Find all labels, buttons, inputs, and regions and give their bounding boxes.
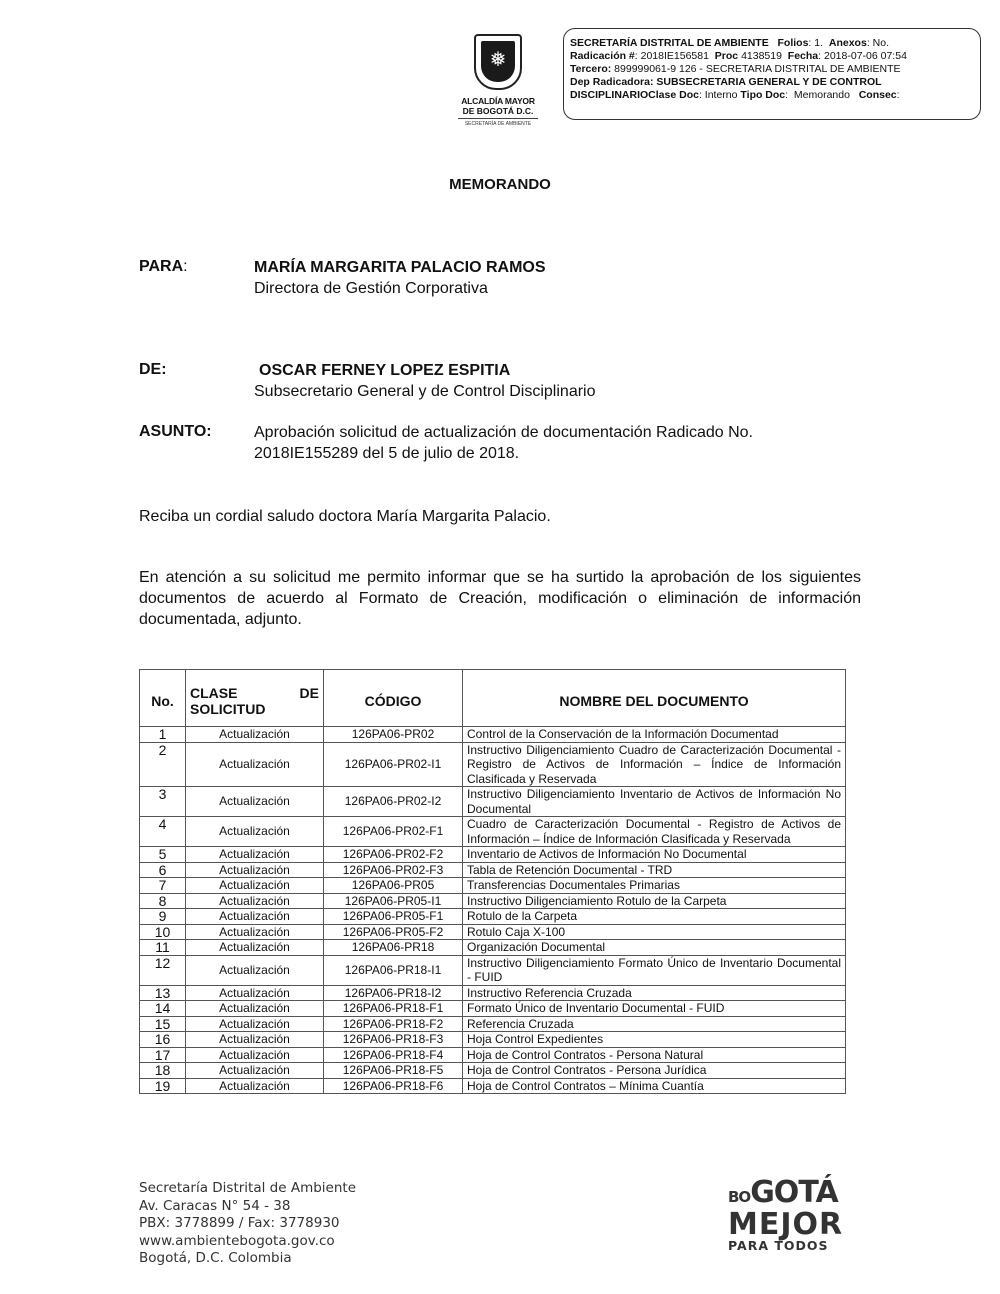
cell-codigo: 126PA06-PR05-F1 xyxy=(324,909,463,925)
cell-nombre: Hoja Control Expedientes xyxy=(463,1032,846,1048)
cell-clase: Actualización xyxy=(186,847,324,863)
cell-nombre: Organización Documental xyxy=(463,940,846,956)
tipo-label: Tipo Doc xyxy=(740,89,785,101)
cell-clase: Actualización xyxy=(186,1001,324,1017)
header-nombre: NOMBRE DEL DOCUMENTO xyxy=(463,670,846,727)
cell-clase: Actualización xyxy=(186,1063,324,1079)
table-row: 8Actualización126PA06-PR05-I1Instructivo… xyxy=(140,893,846,909)
cell-clase: Actualización xyxy=(186,1047,324,1063)
cell-clase: Actualización xyxy=(186,817,324,847)
cell-clase: Actualización xyxy=(186,878,324,894)
table-row: 14Actualización126PA06-PR18-F1Formato Ún… xyxy=(140,1001,846,1017)
cell-no: 2 xyxy=(140,742,186,787)
cell-clase: Actualización xyxy=(186,924,324,940)
footer-line: Secretaría Distrital de Ambiente xyxy=(139,1180,356,1198)
table-row: 1Actualización126PA06-PR02Control de la … xyxy=(140,727,846,743)
cell-nombre: Rotulo Caja X-100 xyxy=(463,924,846,940)
cell-nombre: Instructivo Diligenciamiento Formato Úni… xyxy=(463,955,846,985)
cell-no: 18 xyxy=(140,1063,186,1079)
cell-nombre: Rotulo de la Carpeta xyxy=(463,909,846,925)
cell-no: 11 xyxy=(140,940,186,956)
cell-nombre: Hoja de Control Contratos - Persona Natu… xyxy=(463,1047,846,1063)
cell-no: 13 xyxy=(140,985,186,1001)
footer-line: PBX: 3778899 / Fax: 3778930 xyxy=(139,1215,356,1233)
radicacion-label: Radicación # xyxy=(570,50,635,62)
header-clase: CLASEDESOLICITUD xyxy=(186,670,324,727)
para-role: Directora de Gestión Corporativa xyxy=(254,280,488,297)
cell-codigo: 126PA06-PR02-F3 xyxy=(324,862,463,878)
header-no: No. xyxy=(140,670,186,727)
table-header-row: No. CLASEDESOLICITUD CÓDIGO NOMBRE DEL D… xyxy=(140,670,846,727)
cell-no: 19 xyxy=(140,1078,186,1094)
cell-codigo: 126PA06-PR18-F1 xyxy=(324,1001,463,1017)
footer-website: www.ambientebogota.gov.co xyxy=(139,1233,356,1251)
table-row: 4Actualización126PA06-PR02-F1Cuadro de C… xyxy=(140,817,846,847)
table-row: 18Actualización126PA06-PR18-F5Hoja de Co… xyxy=(140,1063,846,1079)
cell-clase: Actualización xyxy=(186,862,324,878)
table-row: 7Actualización126PA06-PR05Transferencias… xyxy=(140,878,846,894)
cell-codigo: 126PA06-PR05 xyxy=(324,878,463,894)
cell-codigo: 126PA06-PR18-F5 xyxy=(324,1063,463,1079)
table-row: 9Actualización126PA06-PR05-F1Rotulo de l… xyxy=(140,909,846,925)
fecha-value: 2018-07-06 07:54 xyxy=(824,50,907,62)
cell-clase: Actualización xyxy=(186,909,324,925)
cell-codigo: 126PA06-PR02-I2 xyxy=(324,787,463,817)
asunto-line1: Aprobación solicitud de actualización de… xyxy=(254,424,753,441)
cell-clase: Actualización xyxy=(186,940,324,956)
cell-clase: Actualización xyxy=(186,1078,324,1094)
cell-no: 9 xyxy=(140,909,186,925)
cell-codigo: 126PA06-PR18-F6 xyxy=(324,1078,463,1094)
cell-clase: Actualización xyxy=(186,985,324,1001)
cell-codigo: 126PA06-PR18-I2 xyxy=(324,985,463,1001)
cell-nombre: Referencia Cruzada xyxy=(463,1016,846,1032)
cell-nombre: Cuadro de Caracterización Documental - R… xyxy=(463,817,846,847)
cell-codigo: 126PA06-PR02-F2 xyxy=(324,847,463,863)
cell-no: 15 xyxy=(140,1016,186,1032)
cell-clase: Actualización xyxy=(186,893,324,909)
tipo-value: Memorando xyxy=(794,89,850,101)
clase-value: Interno xyxy=(705,89,738,101)
de-label: DE: xyxy=(139,361,167,379)
anexos-value: No. xyxy=(873,37,889,49)
cell-codigo: 126PA06-PR02-F1 xyxy=(324,817,463,847)
radicacion-value: 2018IE156581 xyxy=(641,50,709,62)
table-row: 5Actualización126PA06-PR02-F2Inventario … xyxy=(140,847,846,863)
para-block: MARÍA MARGARITA PALACIO RAMOS Directora … xyxy=(254,257,546,299)
table-row: 19Actualización126PA06-PR18-F6Hoja de Co… xyxy=(140,1078,846,1094)
cell-no: 6 xyxy=(140,862,186,878)
para-name: MARÍA MARGARITA PALACIO RAMOS xyxy=(254,259,546,276)
cell-no: 5 xyxy=(140,847,186,863)
table-row: 15Actualización126PA06-PR18-F2Referencia… xyxy=(140,1016,846,1032)
footer-line: Bogotá, D.C. Colombia xyxy=(139,1250,356,1268)
cell-nombre: Instructivo Referencia Cruzada xyxy=(463,985,846,1001)
radication-stamp: SECRETARÍA DISTRITAL DE AMBIENTE Folios:… xyxy=(563,28,981,120)
cell-nombre: Instructivo Diligenciamiento Inventario … xyxy=(463,787,846,817)
anexos-label: Anexos xyxy=(829,37,867,49)
cell-codigo: 126PA06-PR18 xyxy=(324,940,463,956)
cell-codigo: 126PA06-PR05-I1 xyxy=(324,893,463,909)
cell-nombre: Formato Único de Inventario Documental -… xyxy=(463,1001,846,1017)
cell-no: 17 xyxy=(140,1047,186,1063)
cell-codigo: 126PA06-PR18-F3 xyxy=(324,1032,463,1048)
footer-line: Av. Caracas N° 54 - 38 xyxy=(139,1198,356,1216)
cell-clase: Actualización xyxy=(186,1016,324,1032)
dep-label: Dep Radicadora: xyxy=(570,76,653,88)
body-paragraph: En atención a su solicitud me permito in… xyxy=(139,567,861,630)
table-row: 3Actualización126PA06-PR02-I2Instructivo… xyxy=(140,787,846,817)
documents-table: No. CLASEDESOLICITUD CÓDIGO NOMBRE DEL D… xyxy=(139,669,846,1094)
fecha-label: Fecha xyxy=(788,50,818,62)
folios-label: Folios xyxy=(778,37,809,49)
cell-codigo: 126PA06-PR18-I1 xyxy=(324,955,463,985)
cell-no: 1 xyxy=(140,727,186,743)
cell-nombre: Tabla de Retención Documental - TRD xyxy=(463,862,846,878)
cell-clase: Actualización xyxy=(186,727,324,743)
alcaldia-logo: ❅ ALCALDÍA MAYOR DE BOGOTÁ D.C. SECRETAR… xyxy=(448,32,548,132)
cell-clase: Actualización xyxy=(186,1032,324,1048)
asunto-block: Aprobación solicitud de actualización de… xyxy=(254,422,753,464)
brand-big: GOTÁ xyxy=(750,1175,837,1210)
coat-of-arms-icon: ❅ xyxy=(474,34,522,90)
table-row: 12Actualización126PA06-PR18-I1Instructiv… xyxy=(140,955,846,985)
cell-clase: Actualización xyxy=(186,742,324,787)
de-name: OSCAR FERNEY LOPEZ ESPITIA xyxy=(254,362,510,379)
clase-label: Clase Doc xyxy=(648,89,699,101)
cell-no: 4 xyxy=(140,817,186,847)
cell-nombre: Hoja de Control Contratos – Mínima Cuant… xyxy=(463,1078,846,1094)
cell-no: 7 xyxy=(140,878,186,894)
table-row: 16Actualización126PA06-PR18-F3Hoja Contr… xyxy=(140,1032,846,1048)
footer-address: Secretaría Distrital de Ambiente Av. Car… xyxy=(139,1180,356,1268)
cell-codigo: 126PA06-PR18-F2 xyxy=(324,1016,463,1032)
cell-nombre: Instructivo Diligenciamiento Rotulo de l… xyxy=(463,893,846,909)
cell-no: 8 xyxy=(140,893,186,909)
asunto-label: ASUNTO: xyxy=(139,423,212,441)
cell-codigo: 126PA06-PR02 xyxy=(324,727,463,743)
brand-line2: MEJOR xyxy=(728,1212,858,1238)
cell-nombre: Instructivo Diligenciamiento Cuadro de C… xyxy=(463,742,846,787)
cell-no: 10 xyxy=(140,924,186,940)
logo-line2: DE BOGOTÁ D.C. xyxy=(458,106,538,119)
tercero-label: Tercero: xyxy=(570,63,611,75)
table-row: 13Actualización126PA06-PR18-I2Instructiv… xyxy=(140,985,846,1001)
tercero-value: 899999061-9 126 - SECRETARIA DISTRITAL D… xyxy=(614,63,900,75)
proc-value: 4138519 xyxy=(741,50,782,62)
proc-label: Proc xyxy=(715,50,738,62)
para-label: PARA: xyxy=(139,258,188,276)
logo-line1: ALCALDÍA MAYOR xyxy=(448,96,548,106)
cell-no: 12 xyxy=(140,955,186,985)
folios-value: 1. xyxy=(814,37,823,49)
table-row: 10Actualización126PA06-PR05-F2Rotulo Caj… xyxy=(140,924,846,940)
memo-title: MEMORANDO xyxy=(0,176,1000,193)
table-row: 17Actualización126PA06-PR18-F4Hoja de Co… xyxy=(140,1047,846,1063)
de-block: OSCAR FERNEY LOPEZ ESPITIA Subsecretario… xyxy=(254,360,596,402)
cell-no: 14 xyxy=(140,1001,186,1017)
cell-codigo: 126PA06-PR18-F4 xyxy=(324,1047,463,1063)
cell-no: 3 xyxy=(140,787,186,817)
cell-no: 16 xyxy=(140,1032,186,1048)
brand-small: BO xyxy=(728,1188,750,1206)
stamp-entity: SECRETARÍA DISTRITAL DE AMBIENTE xyxy=(570,37,769,49)
cell-clase: Actualización xyxy=(186,955,324,985)
cell-codigo: 126PA06-PR05-F2 xyxy=(324,924,463,940)
bogota-mejor-logo: BOGOTÁ MEJOR PARA TODOS xyxy=(728,1178,858,1254)
table-row: 11Actualización126PA06-PR18Organización … xyxy=(140,940,846,956)
table-row: 6Actualización126PA06-PR02-F3Tabla de Re… xyxy=(140,862,846,878)
cell-clase: Actualización xyxy=(186,787,324,817)
de-role: Subsecretario General y de Control Disci… xyxy=(254,383,596,400)
cell-nombre: Control de la Conservación de la Informa… xyxy=(463,727,846,743)
cell-nombre: Inventario de Activos de Información No … xyxy=(463,847,846,863)
consec-label: Consec xyxy=(859,89,897,101)
header-codigo: CÓDIGO xyxy=(324,670,463,727)
cell-nombre: Hoja de Control Contratos - Persona Jurí… xyxy=(463,1063,846,1079)
greeting: Reciba un cordial saludo doctora María M… xyxy=(139,506,861,527)
cell-codigo: 126PA06-PR02-I1 xyxy=(324,742,463,787)
cell-nombre: Transferencias Documentales Primarias xyxy=(463,878,846,894)
asunto-line2: 2018IE155289 del 5 de julio de 2018. xyxy=(254,445,519,462)
table-row: 2Actualización126PA06-PR02-I1Instructivo… xyxy=(140,742,846,787)
logo-line3: SECRETARÍA DE AMBIENTE xyxy=(448,121,548,127)
